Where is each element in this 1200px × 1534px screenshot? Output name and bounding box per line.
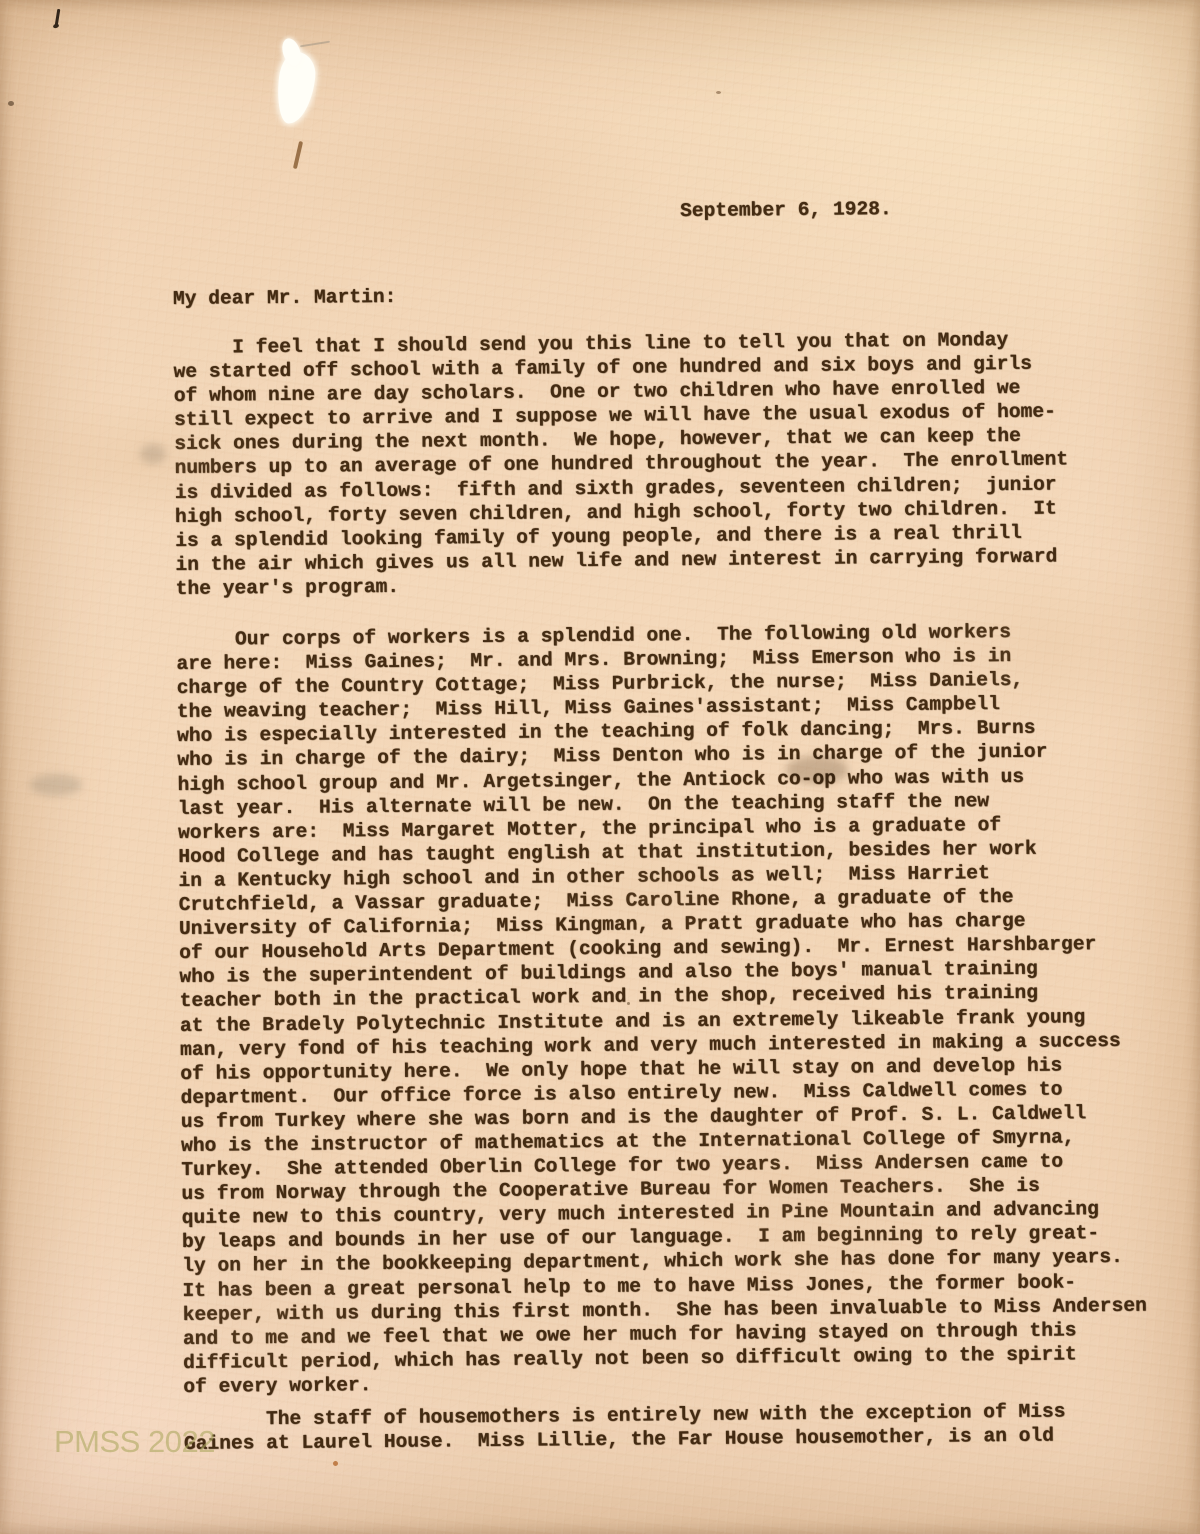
paper-speck: [716, 91, 721, 94]
paper-scratch-gray: [300, 41, 330, 48]
paper-speck: [8, 101, 14, 106]
letter-paragraph-2: Our corps of workers is a splendid one. …: [176, 619, 1148, 1399]
letter-paragraph-3: The staff of housemothers is entirely ne…: [184, 1399, 1066, 1456]
paper-scratch-brown: [293, 141, 303, 169]
letter-date: September 6, 1928.: [680, 197, 892, 223]
smudge-near-text: [140, 444, 166, 464]
letter-body: September 6, 1928. My dear Mr. Martin: I…: [172, 194, 1194, 1484]
archive-watermark: PMSS 2022: [54, 1424, 215, 1460]
ink-mark-top-left-dot: [52, 23, 59, 29]
smudge-left-margin: [30, 774, 82, 796]
letter-salutation: My dear Mr. Martin:: [173, 285, 397, 311]
letter-scan-page: September 6, 1928. My dear Mr. Martin: I…: [0, 0, 1200, 1534]
letter-paragraph-1: I feel that I should send you this line …: [173, 327, 1069, 601]
